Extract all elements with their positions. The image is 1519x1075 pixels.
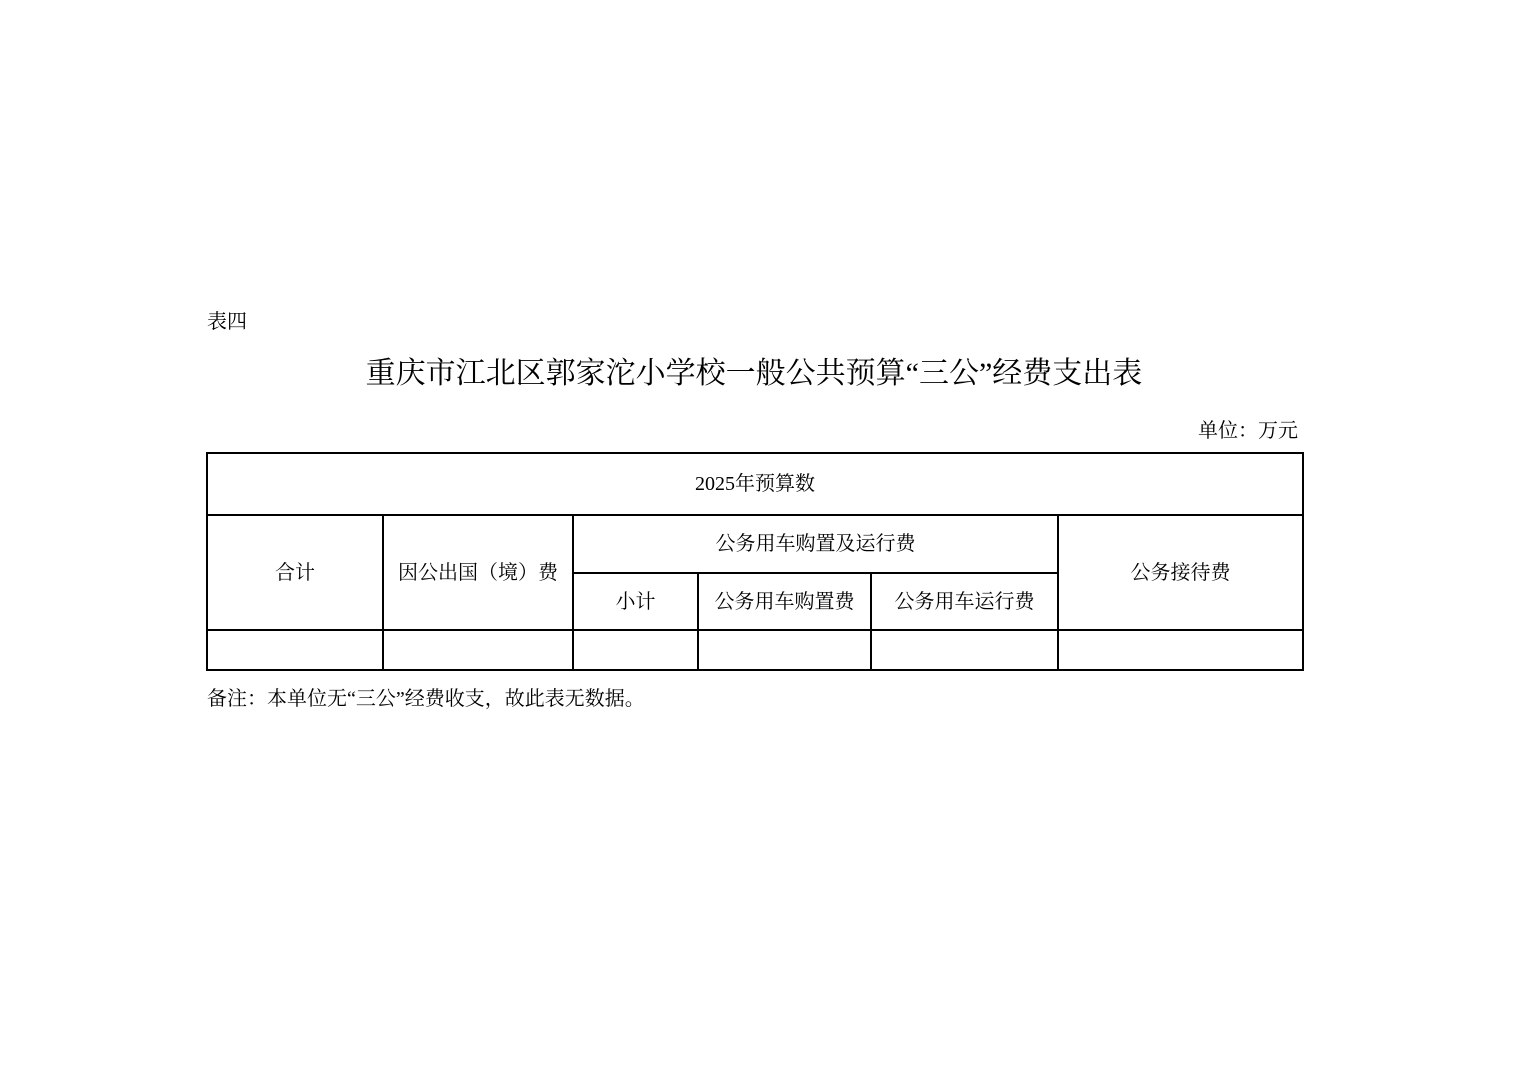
data-cell-vehicle-operation xyxy=(871,630,1058,670)
document-page: 表四 重庆市江北区郭家沱小学校一般公共预算“三公”经费支出表 单位：万元 202… xyxy=(0,0,1519,1075)
header-cell-vehicle-subtotal: 小计 xyxy=(573,573,698,630)
header-cell-vehicle-purchase: 公务用车购置费 xyxy=(698,573,871,630)
table-number-label: 表四 xyxy=(207,310,247,334)
year-header-cell: 2025年预算数 xyxy=(207,453,1303,515)
data-cell-reception xyxy=(1058,630,1303,670)
budget-table: 2025年预算数 合计 因公出国（境）费 公务用车购置及运行费 公务接待费 小计… xyxy=(206,452,1304,671)
data-cell-abroad xyxy=(383,630,573,670)
header-cell-total: 合计 xyxy=(207,515,383,630)
unit-label: 单位：万元 xyxy=(206,419,1298,443)
document-title: 重庆市江北区郭家沱小学校一般公共预算“三公”经费支出表 xyxy=(206,355,1302,393)
table-row-header-top: 合计 因公出国（境）费 公务用车购置及运行费 公务接待费 xyxy=(207,515,1303,573)
table-row-year: 2025年预算数 xyxy=(207,453,1303,515)
data-cell-vehicle-subtotal xyxy=(573,630,698,670)
footnote: 备注：本单位无“三公”经费收支，故此表无数据。 xyxy=(207,686,645,712)
data-cell-total xyxy=(207,630,383,670)
table-row-data xyxy=(207,630,1303,670)
header-cell-vehicle-group: 公务用车购置及运行费 xyxy=(573,515,1058,573)
header-cell-vehicle-operation: 公务用车运行费 xyxy=(871,573,1058,630)
data-cell-vehicle-purchase xyxy=(698,630,871,670)
header-cell-reception: 公务接待费 xyxy=(1058,515,1303,630)
header-cell-abroad: 因公出国（境）费 xyxy=(383,515,573,630)
